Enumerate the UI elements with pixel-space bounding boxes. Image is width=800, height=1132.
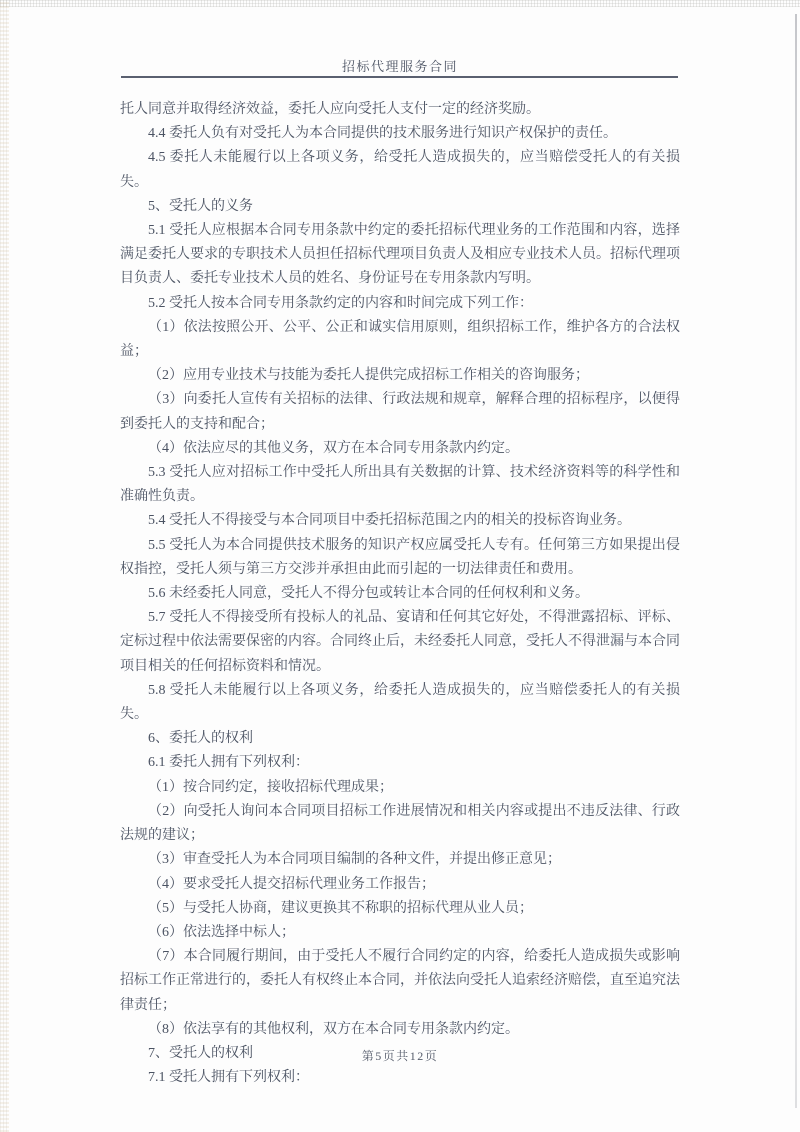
contract-page: 招标代理服务合同 托人同意并取得经济效益，委托人应向受托人支付一定的经济奖励。 …: [0, 0, 800, 1132]
contract-paragraph: 5.3 受托人应对招标工作中受托人所出具有关数据的计算、技术经济资料等的科学性和…: [120, 461, 680, 509]
contract-paragraph: （6）依法选择中标人；: [120, 921, 680, 945]
contract-paragraph: 4.5 委托人未能履行以上各项义务，给受托人造成损失的，应当赔偿受托人的有关损失…: [120, 146, 680, 194]
contract-paragraph: （2）向受托人询问本合同项目招标工作进展情况和相关内容或提出不违反法律、行政法规…: [120, 800, 680, 848]
contract-paragraph: （7）本合同履行期间，由于受托人不履行合同约定的内容，给委托人造成损失或影响招标…: [120, 945, 680, 1018]
contract-paragraph: （8）依法享有的其他权利，双方在本合同专用条款内约定。: [120, 1018, 680, 1042]
scan-edge-top: [0, 0, 800, 7]
document-title: 招标代理服务合同: [0, 56, 800, 75]
contract-paragraph: （4）依法应尽的其他义务，双方在本合同专用条款内约定。: [120, 437, 680, 461]
contract-paragraph: 6.1 委托人拥有下列权利：: [120, 751, 680, 775]
contract-body: 托人同意并取得经济效益，委托人应向受托人支付一定的经济奖励。 4.4 委托人负有…: [120, 98, 680, 1090]
contract-paragraph: 5.7 受托人不得接受所有投标人的礼品、宴请和任何其它好处，不得泄露招标、评标、…: [120, 606, 680, 679]
contract-paragraph: （3）向委托人宣传有关招标的法律、行政法规和规章，解释合理的招标程序，以便得到委…: [120, 388, 680, 436]
scan-edge-left: [0, 0, 9, 1132]
contract-paragraph: 5.1 受托人应根据本合同专用条款中约定的委托招标代理业务的工作范围和内容，选择…: [120, 219, 680, 292]
contract-paragraph: 5.8 受托人未能履行以上各项义务，给委托人造成损失的，应当赔偿委托人的有关损失…: [120, 679, 680, 727]
contract-paragraph: 5.4 受托人不得接受与本合同项目中委托招标范围之内的相关的投标咨询业务。: [120, 509, 680, 533]
contract-paragraph: （1）按合同约定，接收招标代理成果；: [120, 776, 680, 800]
contract-paragraph: 4.4 委托人负有对受托人为本合同提供的技术服务进行知识产权保护的责任。: [120, 122, 680, 146]
contract-paragraph: 托人同意并取得经济效益，委托人应向受托人支付一定的经济奖励。: [120, 98, 680, 122]
contract-paragraph: 7.1 受托人拥有下列权利：: [120, 1066, 680, 1090]
contract-paragraph: （4）要求受托人提交招标代理业务工作报告；: [120, 873, 680, 897]
contract-paragraph: （2）应用专业技术与技能为委托人提供完成招标工作相关的咨询服务；: [120, 364, 680, 388]
contract-paragraph: 5.6 未经委托人同意，受托人不得分包或转让本合同的任何权利和义务。: [120, 582, 680, 606]
contract-paragraph: （5）与受托人协商，建议更换其不称职的招标代理从业人员；: [120, 897, 680, 921]
header-rule: [121, 76, 678, 78]
contract-paragraph: 5、受托人的义务: [120, 195, 680, 219]
contract-paragraph: （1）依法按照公开、公平、公正和诚实信用原则，组织招标工作，维护各方的合法权益；: [120, 316, 680, 364]
contract-paragraph: （3）审查受托人为本合同项目编制的各种文件，并提出修正意见；: [120, 848, 680, 872]
scan-edge-right: [795, 14, 797, 1108]
contract-paragraph: 5.5 受托人为本合同提供技术服务的知识产权应属受托人专有。任何第三方如果提出侵…: [120, 534, 680, 582]
contract-paragraph: 5.2 受托人按本合同专用条款约定的内容和时间完成下列工作：: [120, 292, 680, 316]
page-number: 第5页共12页: [0, 1047, 800, 1064]
contract-paragraph: 6、委托人的权利: [120, 727, 680, 751]
